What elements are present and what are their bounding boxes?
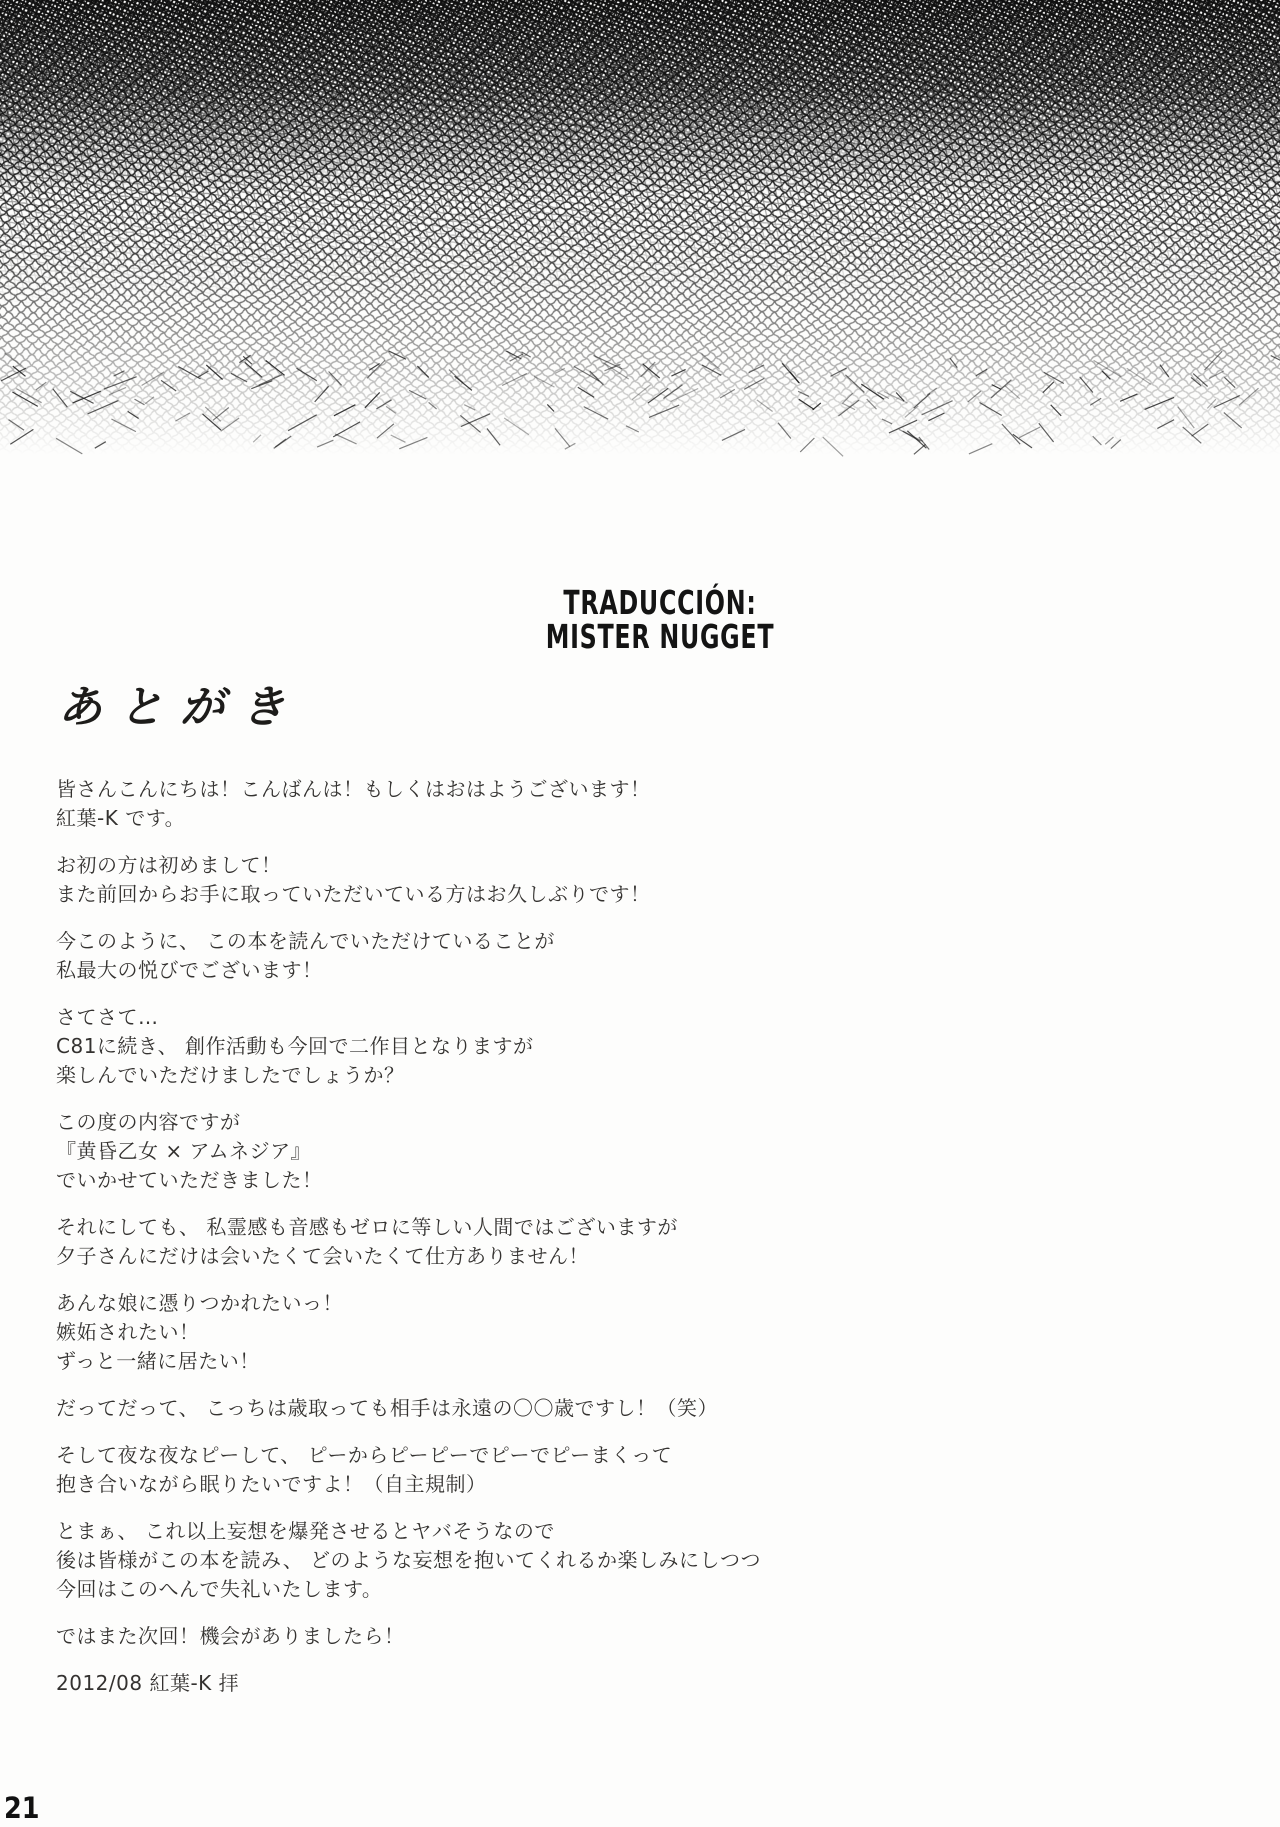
afterword-line: 皆さんこんにちは！こんばんは！もしくはおはようございます！ (56, 775, 816, 804)
afterword-line: そして夜な夜なピーして、 ピーからピーピーでピーでピーまくって (56, 1441, 816, 1470)
afterword-paragraph: 2012/08 紅葉-K 拝 (56, 1669, 816, 1698)
afterword-paragraph: 皆さんこんにちは！こんばんは！もしくはおはようございます！紅葉-K です。 (56, 775, 816, 833)
afterword-line: ずっと一緒に居たい！ (56, 1347, 816, 1376)
afterword-line: この度の内容ですが (56, 1108, 816, 1137)
afterword-line: 後は皆様がこの本を読み、 どのような妄想を抱いてくれるか楽しみにしつつ (56, 1546, 816, 1575)
afterword-line: また前回からお手に取っていただいている方はお久しぶりです！ (56, 880, 816, 909)
afterword-paragraph: お初の方は初めまして！また前回からお手に取っていただいている方はお久しぶりです！ (56, 851, 816, 909)
crosshatch-texture (0, 0, 1280, 475)
afterword-line: とまぁ、 これ以上妄想を爆発させるとヤバそうなので (56, 1517, 816, 1546)
translator-credit-line1: TRADUCCIÓN: (516, 586, 804, 620)
translator-credit: TRADUCCIÓN: MISTER NUGGET (460, 586, 860, 654)
afterword-line: 今このように、 この本を読んでいただけていることが (56, 927, 816, 956)
afterword-line: 今回はこのへんで失礼いたします。 (56, 1575, 816, 1604)
afterword-line: でいかせていただきました！ (56, 1166, 816, 1195)
afterword-paragraph: それにしても、 私霊感も音感もゼロに等しい人間ではございますが夕子さんにだけは会… (56, 1213, 816, 1271)
crosshatch-texture-svg (0, 0, 1280, 475)
afterword-paragraph: そして夜な夜なピーして、 ピーからピーピーでピーでピーまくって抱き合いながら眠り… (56, 1441, 816, 1499)
afterword-paragraph: とまぁ、 これ以上妄想を爆発させるとヤバそうなので後は皆様がこの本を読み、 どの… (56, 1517, 816, 1604)
afterword-line: あんな娘に憑りつかれたいっ！ (56, 1289, 816, 1318)
afterword-line: 私最大の悦びでございます！ (56, 956, 816, 985)
afterword-line: 『黄昏乙女 × アムネジア』 (56, 1137, 816, 1166)
afterword-heading: あとがき (58, 680, 302, 736)
afterword-line: だってだって、 こっちは歳取っても相手は永遠の〇〇歳ですし！（笑） (56, 1394, 816, 1423)
afterword-paragraph: あんな娘に憑りつかれたいっ！嫉妬されたい！ずっと一緒に居たい！ (56, 1289, 816, 1376)
afterword-line: 2012/08 紅葉-K 拝 (56, 1669, 816, 1698)
afterword-line: それにしても、 私霊感も音感もゼロに等しい人間ではございますが (56, 1213, 816, 1242)
afterword-line: 楽しんでいただけましたでしょうか？ (56, 1061, 816, 1090)
afterword-paragraphs: 皆さんこんにちは！こんばんは！もしくはおはようございます！紅葉-K です。お初の… (56, 775, 816, 1716)
afterword-paragraph: 今このように、 この本を読んでいただけていることが私最大の悦びでございます！ (56, 927, 816, 985)
page-number: 21 (4, 1793, 40, 1823)
afterword-paragraph: ではまた次回！機会がありましたら！ (56, 1622, 816, 1651)
afterword-line: さてさて… (56, 1003, 816, 1032)
afterword-paragraph: さてさて…C81に続き、 創作活動も今回で二作目となりますが楽しんでいただけまし… (56, 1003, 816, 1090)
afterword-paragraph: この度の内容ですが『黄昏乙女 × アムネジア』でいかせていただきました！ (56, 1108, 816, 1195)
afterword-line: 嫉妬されたい！ (56, 1318, 816, 1347)
afterword-line: 夕子さんにだけは会いたくて会いたくて仕方ありません！ (56, 1242, 816, 1271)
crosshatch-fringe (1, 351, 1280, 456)
translator-credit-line2: MISTER NUGGET (516, 620, 804, 654)
afterword-line: 抱き合いながら眠りたいですよ！（自主規制） (56, 1470, 816, 1499)
afterword-line: お初の方は初めまして！ (56, 851, 816, 880)
afterword-line: ではまた次回！機会がありましたら！ (56, 1622, 816, 1651)
afterword-line: 紅葉-K です。 (56, 804, 816, 833)
afterword-line: C81に続き、 創作活動も今回で二作目となりますが (56, 1032, 816, 1061)
afterword-paragraph: だってだって、 こっちは歳取っても相手は永遠の〇〇歳ですし！（笑） (56, 1394, 816, 1423)
